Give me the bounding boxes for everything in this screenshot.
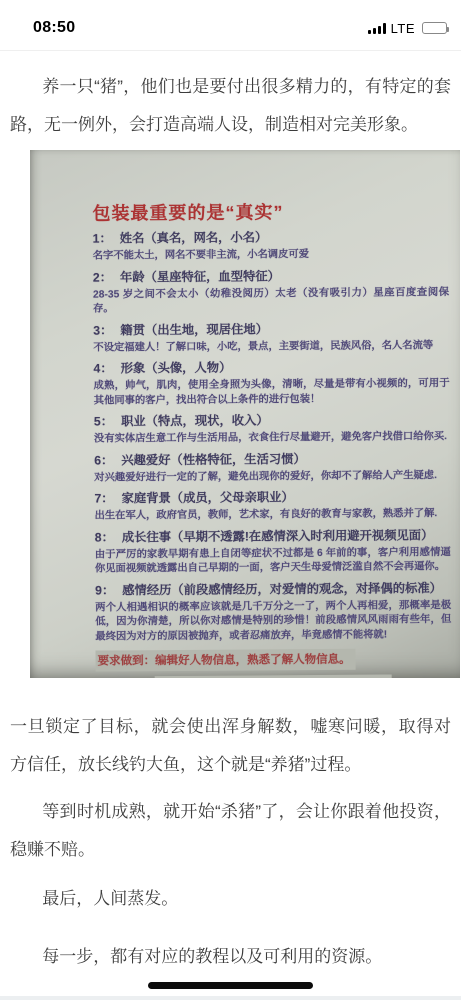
doc-item-title: 形象（头像，人物） <box>121 361 232 376</box>
doc-item-title: 职业（特点，现状，收入） <box>121 413 269 428</box>
doc-item-heading: 6：兴趣爱好（性格特征，生活习惯） <box>94 449 450 469</box>
battery-icon <box>422 22 447 34</box>
doc-item-note: 28-35 岁之间不会太小（幼稚没阅历）太老（没有吸引力）星座百度查阅保存。 <box>93 286 449 317</box>
doc-item-number: 8： <box>95 530 114 544</box>
doc-item-number: 7： <box>94 491 113 505</box>
doc-item-note: 不设定福建人！了解口味，小吃，景点，主要街道，民族风俗，名人名流等 <box>93 339 449 356</box>
doc-item-title: 成长往事（早期不透露!在感情深入时利用避开视频见面） <box>122 528 434 544</box>
doc-item-heading: 2：年龄（星座特征，血型特征） <box>93 266 449 286</box>
document-title: 包装最重要的是“真实” <box>92 197 448 225</box>
doc-requirement-line1: 要求做到：编辑好人物信息，熟悉了解人物信息。 <box>95 649 355 672</box>
status-bar-right: LTE <box>368 21 447 36</box>
doc-item-heading: 1：姓名（真名，网名，小名） <box>93 227 449 247</box>
article-paragraph: 养一只“猪”，他们也是要付出很多精力的，有特定的套路，无一例外，会打造高端人设，… <box>10 68 451 144</box>
doc-item-number: 4： <box>93 361 112 375</box>
doc-item-title: 感情经历（前段感情经历，对爱情的观念，对择偶的标准） <box>122 581 442 597</box>
doc-item-title: 年龄（星座特征，血型特征） <box>120 269 280 284</box>
doc-item-note: 对兴趣爱好进行一定的了解，避免出现你的爱好，你却不了解给人产生疑虑. <box>94 469 450 486</box>
article-body: 养一只“猪”，他们也是要付出很多精力的，有特定的套路，无一例外，会打造高端人设，… <box>0 68 461 976</box>
doc-requirement-line2-wrap: 编辑感情创业上进，奋斗坎坷到成功经历故事 <box>96 674 452 678</box>
article-paragraph: 一旦锁定了目标，就会使出浑身解数，嘘寒问暖，取得对方信任，放长线钓大鱼，这个就是… <box>10 708 451 784</box>
doc-item-note: 由于严厉的家教早期有患上自闭等症状不过都是 6 年前的事，客户利用感情逼你见面视… <box>95 546 451 577</box>
doc-item-heading: 5：职业（特点，现状，收入） <box>94 410 450 430</box>
doc-item-note: 成熟，帅气，肌肉，使用全身照为头像，清晰，尽量是带有小视频的，可用于其他同事的客… <box>94 377 450 408</box>
doc-item-note: 出生在军人，政府官员，教师，艺术家，有良好的教育与家教，熟悉并了解. <box>95 507 451 524</box>
article-paragraph: 等到时机成熟，就开始“杀猪”了，会让你跟着他投资，稳赚不赔。 <box>10 793 451 869</box>
doc-item-note: 名字不能太土，网名不要非主流，小名调皮可爱 <box>93 247 449 264</box>
doc-item-title: 籍贯（出生地，现居住地） <box>120 322 268 337</box>
article-paragraph: 每一步，都有对应的教程以及可利用的资源。 <box>10 938 451 976</box>
doc-requirements: 要求做到：编辑好人物信息，熟悉了解人物信息。 编辑感情创业上进，奋斗坎坷到成功经… <box>95 648 451 678</box>
doc-item-number: 6： <box>94 453 113 467</box>
doc-item-heading: 4：形象（头像，人物） <box>93 357 449 377</box>
doc-item-heading: 8：成长往事（早期不透露!在感情深入时利用避开视频见面） <box>95 526 451 546</box>
document-photo[interactable]: 包装最重要的是“真实” 1：姓名（真名，网名，小名） 名字不能太土，网名不要非主… <box>30 150 460 678</box>
doc-item-note: 没有实体店生意工作与生活用品，衣食住行尽量避开，避免客户找借口给你买. <box>94 430 450 447</box>
doc-item-title: 兴趣爱好（性格特征，生活习惯） <box>121 452 306 467</box>
doc-item-number: 3： <box>93 323 112 337</box>
screen-bottom-edge <box>0 996 461 1000</box>
network-type-label: LTE <box>391 21 415 36</box>
signal-bars-icon <box>368 23 386 34</box>
doc-item-title: 家庭背景（成员，父母亲职业） <box>122 490 294 505</box>
doc-item-note: 两个人相遇相识的概率应该就是几千万分之一了，两个人再相爱，那概率是极低，因为你清… <box>95 599 451 645</box>
doc-item-heading: 3：籍贯（出生地，现居住地） <box>93 319 449 339</box>
article-paragraph: 最后，人间蒸发。 <box>10 880 451 918</box>
doc-item-number: 9： <box>95 583 114 597</box>
doc-item-heading: 7：家庭背景（成员，父母亲职业） <box>94 487 450 507</box>
clock: 08:50 <box>33 19 75 37</box>
doc-item-title: 姓名（真名，网名，小名） <box>120 230 268 245</box>
doc-item-number: 1： <box>93 231 112 245</box>
home-indicator[interactable] <box>148 982 313 989</box>
doc-requirement-line2: 编辑感情创业上进，奋斗坎坷到成功经历故事 <box>155 674 392 678</box>
doc-item-heading: 9：感情经历（前段感情经历，对爱情的观念，对择偶的标准） <box>95 579 451 599</box>
status-bar: 08:50 LTE <box>0 0 461 51</box>
doc-item-number: 5： <box>94 414 113 428</box>
doc-item-number: 2： <box>93 270 112 284</box>
paper-sheet: 包装最重要的是“真实” 1：姓名（真名，网名，小名） 名字不能太土，网名不要非主… <box>30 150 460 678</box>
